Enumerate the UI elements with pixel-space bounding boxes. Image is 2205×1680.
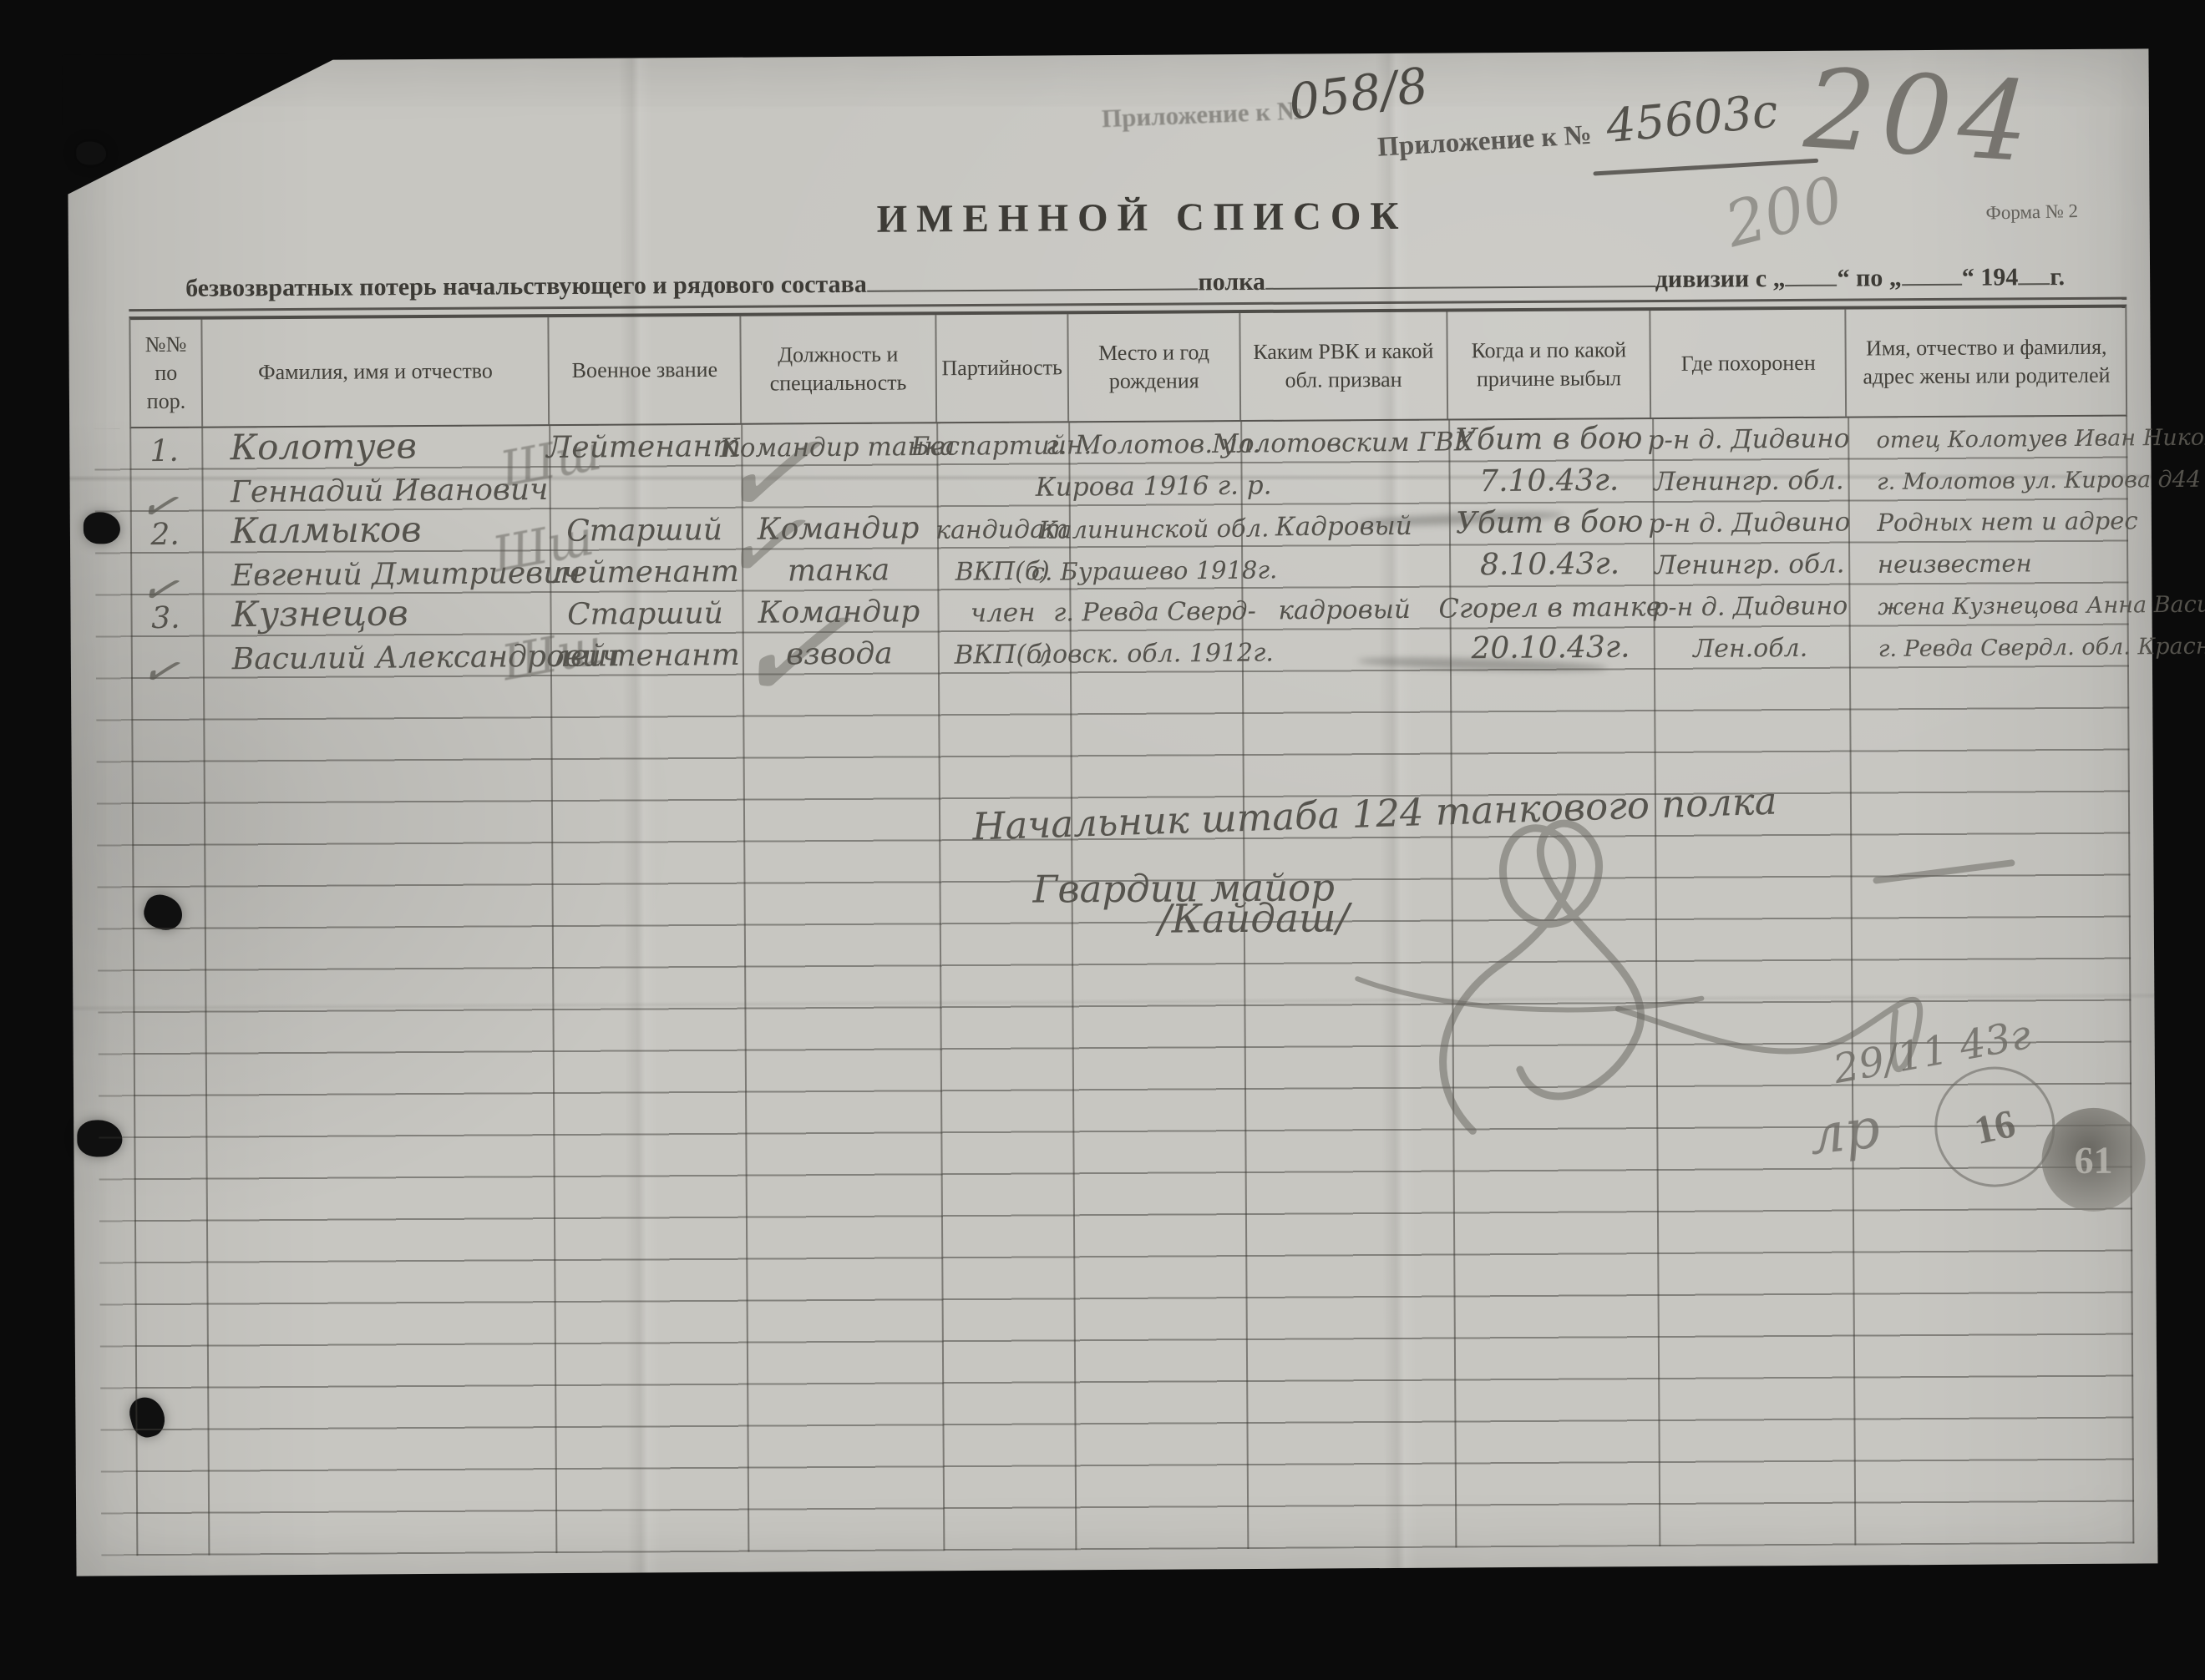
page-number-large: 204 [1801,44,2039,187]
entry-3-given-names: Василий Александрович [202,636,550,680]
entry-3-duty-2: взвода [742,633,938,675]
page-number-light: 200 [1718,163,1850,261]
row-3-checkmark: ✓ [137,643,184,701]
round-stamp-dark-number: 61 [2074,1137,2112,1182]
entry-3-family-2: г. Ревда Свердл. обл. Красноарм. 25. [1848,622,2128,665]
entry-2-buried-2: Ленингр. обл. [1651,541,1848,583]
document-paper: Приложение к № 058/8 Приложение к № 4560… [67,48,2157,1576]
subtitle-polka: полка [1198,267,1265,296]
entry-1-rvk: Молотовским ГВК [1239,420,1447,462]
entry-1-birth-2: Кирова 1916 г. р. [1067,463,1239,505]
col-header-name: Фамилия, имя и отчество [202,317,550,427]
entry-3-rvk: кадровый [1240,587,1448,629]
entry-3-buried-1: р-н д. Дидвино [1652,583,1848,625]
entry-3-duty-1: Командир [741,591,937,633]
entry-2-duty-1: Командир [740,508,936,549]
entry-1-family-1: отец Колотуев Иван Николаевич [1846,413,2126,456]
blank-date-to [1902,257,1962,286]
entry-3-buried-2: Лен.обл. [1652,625,1848,666]
torn-corner [62,53,347,197]
subtitle-line: безвозвратных потерь начальствующего и р… [185,256,2065,302]
appendix-stamp: Приложение к № [1376,120,1592,164]
entry-3-family-1: жена Кузнецова Анна Васильевна [1848,580,2127,623]
entry-2-rvk: Кадровый [1239,503,1447,545]
signature-name: /Кайдаш/ [1158,895,1350,942]
col-header-rvk: Каким РВК и какой обл. призван [1240,312,1448,421]
bottom-notes: 29/11 43г лр 16 61 [1791,1014,2185,1308]
entry-2-num: 2. [129,514,201,555]
round-stamp-dark: 61 [2041,1107,2146,1212]
entry-2-birth-1: Калининской обл. [1067,505,1239,547]
entry-2-cause-2: 8.10.43г. [1447,543,1651,584]
subtitle-year: “ 194 [1962,263,2019,291]
entry-3-rank-2: лейтенант [550,635,742,676]
table-header-row: №№ по пор. Фамилия, имя и отчество Военн… [129,305,2127,429]
col-header-rank: Военное звание [550,316,742,424]
col-header-party: Партийность [936,314,1069,422]
blank-year [2018,256,2050,285]
entry-1-rank: Лейтенант [548,426,740,468]
entry-3-rank-1: Старший [549,593,741,635]
entry-1-given-names: Геннадий Иванович [200,469,549,513]
entry-1-cause-1: Убит в бою [1447,417,1650,459]
entry-2-family-2: неизвестен [1848,539,2127,581]
entry-2-family-1: Родных нет и адрес [1847,497,2126,539]
initials-note: лр [1806,1096,1883,1167]
entry-3-num: 3. [129,598,202,639]
col-header-num: №№ по пор. [130,320,203,428]
stamp-underline [1593,159,1818,176]
col-header-birth: Место и год рождения [1069,313,1241,421]
entry-1-buried-1: р-н д. Дидвино [1650,416,1847,458]
entry-2-buried-1: р-н д. Дидвино [1651,499,1848,541]
entry-1-cause-2: 7.10.43г. [1447,459,1651,501]
blank-date-from [1785,258,1837,286]
subtitle-lead: безвозвратных потерь начальствующего и р… [185,270,867,302]
entry-3-cause-1: Сгорел в танке [1448,584,1652,626]
entry-3-surname: Кузнецов [201,595,550,638]
entry-2-rank-2: лейтенант [549,551,741,593]
col-header-cause: Когда и по какой причине выбыл [1447,311,1651,418]
page-title: ИМЕННОЙ СПИСОК [876,194,1407,242]
entry-2-cause-1: Убит в бою [1447,501,1651,543]
entry-1-family-2: г. Молотов ул. Кирова д44 кв.4 [1847,455,2126,498]
blank-division [1265,259,1655,289]
appendix-number: 45603с [1604,83,1780,153]
appendix-stamp-faded: Приложение к № [1101,95,1303,134]
col-header-family: Имя, отчество и фамилия, адрес жены или … [1847,308,2126,417]
entry-1-surname: Колотуев [200,428,549,471]
entry-1-num: 1. [128,431,200,472]
entry-1-buried-2: Ленингр. обл. [1650,458,1847,499]
col-header-buried: Где похоронен [1651,310,1848,417]
subtitle-g: г. [2050,263,2065,291]
entry-3-cause-2: 20.10.43г. [1448,626,1652,668]
round-stamp-16-number: 16 [1970,1101,2020,1154]
entry-1-duty: Командир танка [739,424,935,466]
subtitle-po: “ по „ [1837,264,1902,292]
blank-regiment [867,261,1199,291]
subtitle-division: дивизии с „ [1655,265,1786,294]
punch-hole [76,141,106,164]
entry-2-birth-2: с. Бурашево 1918г. [1068,547,1240,589]
entry-3-party-1: член [936,590,1068,631]
form-number-label: Форма № 2 [1985,200,2078,225]
entry-2-rank-1: Старший [549,509,741,551]
entry-3-birth-1: г. Ревда Сверд- [1068,589,1240,630]
entry-3-birth-2: ловск. обл. 1912г. [1069,630,1241,672]
appendix-number-faded: 058/8 [1285,57,1431,131]
